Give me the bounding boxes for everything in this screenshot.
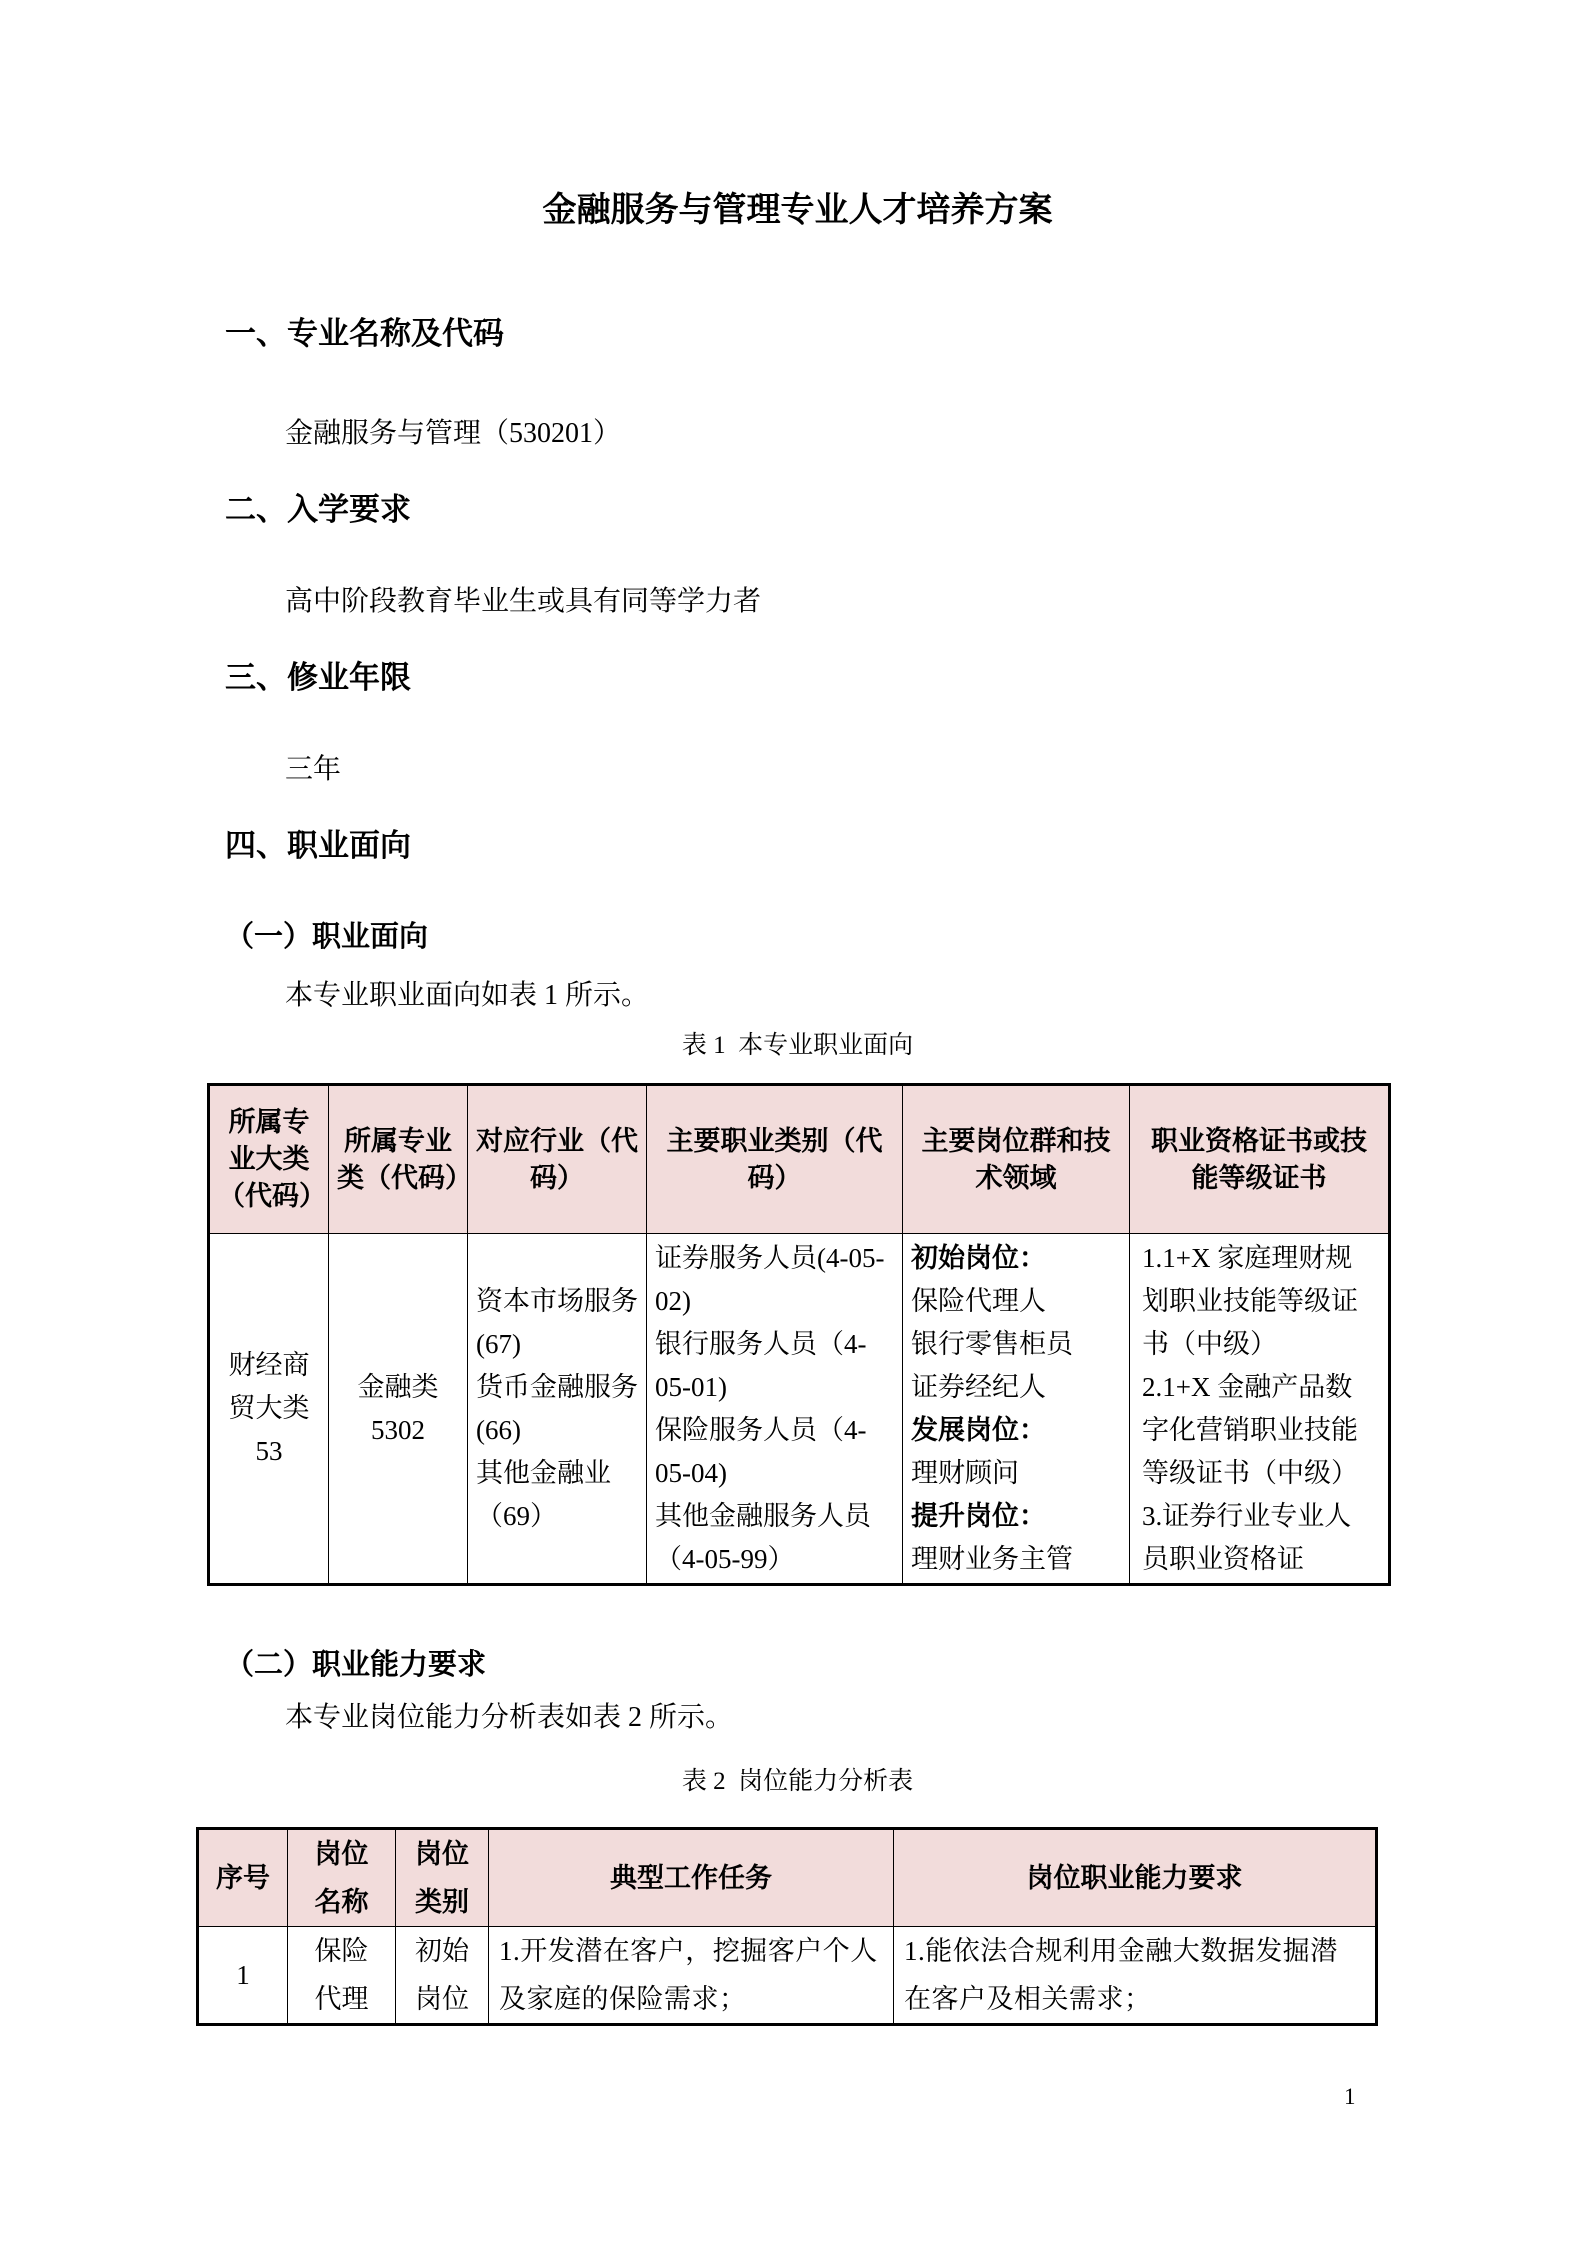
industry-item: 货币金融服务(66) (476, 1366, 638, 1452)
section-heading-1: 一、专业名称及代码 (225, 314, 1388, 354)
table1-header-industry: 对应行业（代码） (468, 1085, 647, 1234)
industry-item: 其他金融业（69） (476, 1452, 638, 1538)
paragraph-study-years: 三年 (207, 752, 1388, 788)
section-heading-3: 三、修业年限 (225, 658, 1388, 698)
cell-major-category: 财经商贸大类 53 (209, 1234, 329, 1585)
position-item: 银行零售柜员 (911, 1323, 1121, 1366)
paragraph-entry-requirement: 高中阶段教育毕业生或具有同等学力者 (207, 584, 1388, 620)
table2-header-post-name: 岗位 名称 (288, 1829, 396, 1927)
table1-header-positions: 主要岗位群和技术领域 (903, 1085, 1130, 1234)
certificate-item: 1.1+X 家庭理财规划职业技能等级证书（中级） (1142, 1237, 1376, 1366)
occupation-item: 其他金融服务人员（4-05-99） (655, 1495, 894, 1581)
cell-industries: 资本市场服务(67) 货币金融服务(66) 其他金融业（69） (468, 1234, 647, 1585)
occupation-item: 保险服务人员（4-05-04) (655, 1409, 894, 1495)
position-label: 提升岗位： (911, 1495, 1121, 1538)
cell-category: 金融类 5302 (329, 1234, 468, 1585)
section-heading-2: 二、入学要求 (225, 490, 1388, 530)
occupation-item: 证券服务人员(4-05-02) (655, 1237, 894, 1323)
table2-header-post-type: 岗位 类别 (396, 1829, 489, 1927)
paragraph-table1-intro: 本专业职业面向如表 1 所示。 (207, 978, 1388, 1014)
document-page: 金融服务与管理专业人才培养方案 一、专业名称及代码 金融服务与管理（530201… (0, 0, 1587, 2245)
table1-header-occupation: 主要职业类别（代码） (647, 1085, 903, 1234)
subsection-heading-career: （一）职业面向 (225, 918, 1388, 956)
occupation-item: 银行服务人员（4-05-01) (655, 1323, 894, 1409)
position-item: 理财业务主管 (911, 1538, 1121, 1581)
certificate-item: 2.1+X 金融产品数字化营销职业技能等级证书（中级） (1142, 1366, 1376, 1495)
section-heading-4: 四、职业面向 (225, 826, 1388, 866)
position-item: 保险代理人 (911, 1280, 1121, 1323)
page-number: 1 (1344, 2082, 1356, 2112)
table1-header-row: 所属专业大类（代码） 所属专业类（代码） 对应行业（代码） 主要职业类别（代码）… (209, 1085, 1390, 1234)
table2-header-tasks: 典型工作任务 (489, 1829, 894, 1927)
paragraph-table2-intro: 本专业岗位能力分析表如表 2 所示。 (207, 1700, 1388, 1736)
certificate-item: 3.证券行业专业人员职业资格证 (1142, 1495, 1376, 1581)
table2-caption: 表 2 岗位能力分析表 (207, 1766, 1388, 1798)
cell-index: 1 (198, 1927, 288, 2025)
subsection-heading-ability: （二）职业能力要求 (225, 1646, 1388, 1684)
table1-data-row: 财经商贸大类 53 金融类 5302 资本市场服务(67) 货币金融服务(66)… (209, 1234, 1390, 1585)
position-label: 初始岗位： (911, 1237, 1121, 1280)
table2-data-row: 1 保险 代理 初始 岗位 1.开发潜在客户，挖掘客户个人及家庭的保险需求； 1… (198, 1927, 1377, 2025)
position-item: 证券经纪人 (911, 1366, 1121, 1409)
post-ability-table: 序号 岗位 名称 岗位 类别 典型工作任务 岗位职业能力要求 1 保险 代理 初… (196, 1827, 1378, 2026)
table1-header-category: 所属专业类（代码） (329, 1085, 468, 1234)
table1-header-certificates: 职业资格证书或技能等级证书 (1130, 1085, 1390, 1234)
table1-caption: 表 1 本专业职业面向 (207, 1030, 1388, 1062)
table2-header-row: 序号 岗位 名称 岗位 类别 典型工作任务 岗位职业能力要求 (198, 1829, 1377, 1927)
table2-header-abilities: 岗位职业能力要求 (894, 1829, 1377, 1927)
position-item: 理财顾问 (911, 1452, 1121, 1495)
cell-positions: 初始岗位： 保险代理人 银行零售柜员 证券经纪人 发展岗位： 理财顾问 提升岗位… (903, 1234, 1130, 1585)
cell-post-type: 初始 岗位 (396, 1927, 489, 2025)
table2-header-index: 序号 (198, 1829, 288, 1927)
cell-post-name: 保险 代理 (288, 1927, 396, 2025)
cell-tasks: 1.开发潜在客户，挖掘客户个人及家庭的保险需求； (489, 1927, 894, 2025)
industry-item: 资本市场服务(67) (476, 1280, 638, 1366)
cell-occupations: 证券服务人员(4-05-02) 银行服务人员（4-05-01) 保险服务人员（4… (647, 1234, 903, 1585)
page-title: 金融服务与管理专业人才培养方案 (207, 188, 1388, 232)
paragraph-major-name-code: 金融服务与管理（530201） (207, 416, 1388, 452)
cell-abilities: 1.能依法合规利用金融大数据发掘潜在客户及相关需求； (894, 1927, 1377, 2025)
position-label: 发展岗位： (911, 1409, 1121, 1452)
table1-header-major-category: 所属专业大类（代码） (209, 1085, 329, 1234)
cell-certificates: 1.1+X 家庭理财规划职业技能等级证书（中级） 2.1+X 金融产品数字化营销… (1130, 1234, 1390, 1585)
career-orientation-table: 所属专业大类（代码） 所属专业类（代码） 对应行业（代码） 主要职业类别（代码）… (207, 1083, 1391, 1586)
